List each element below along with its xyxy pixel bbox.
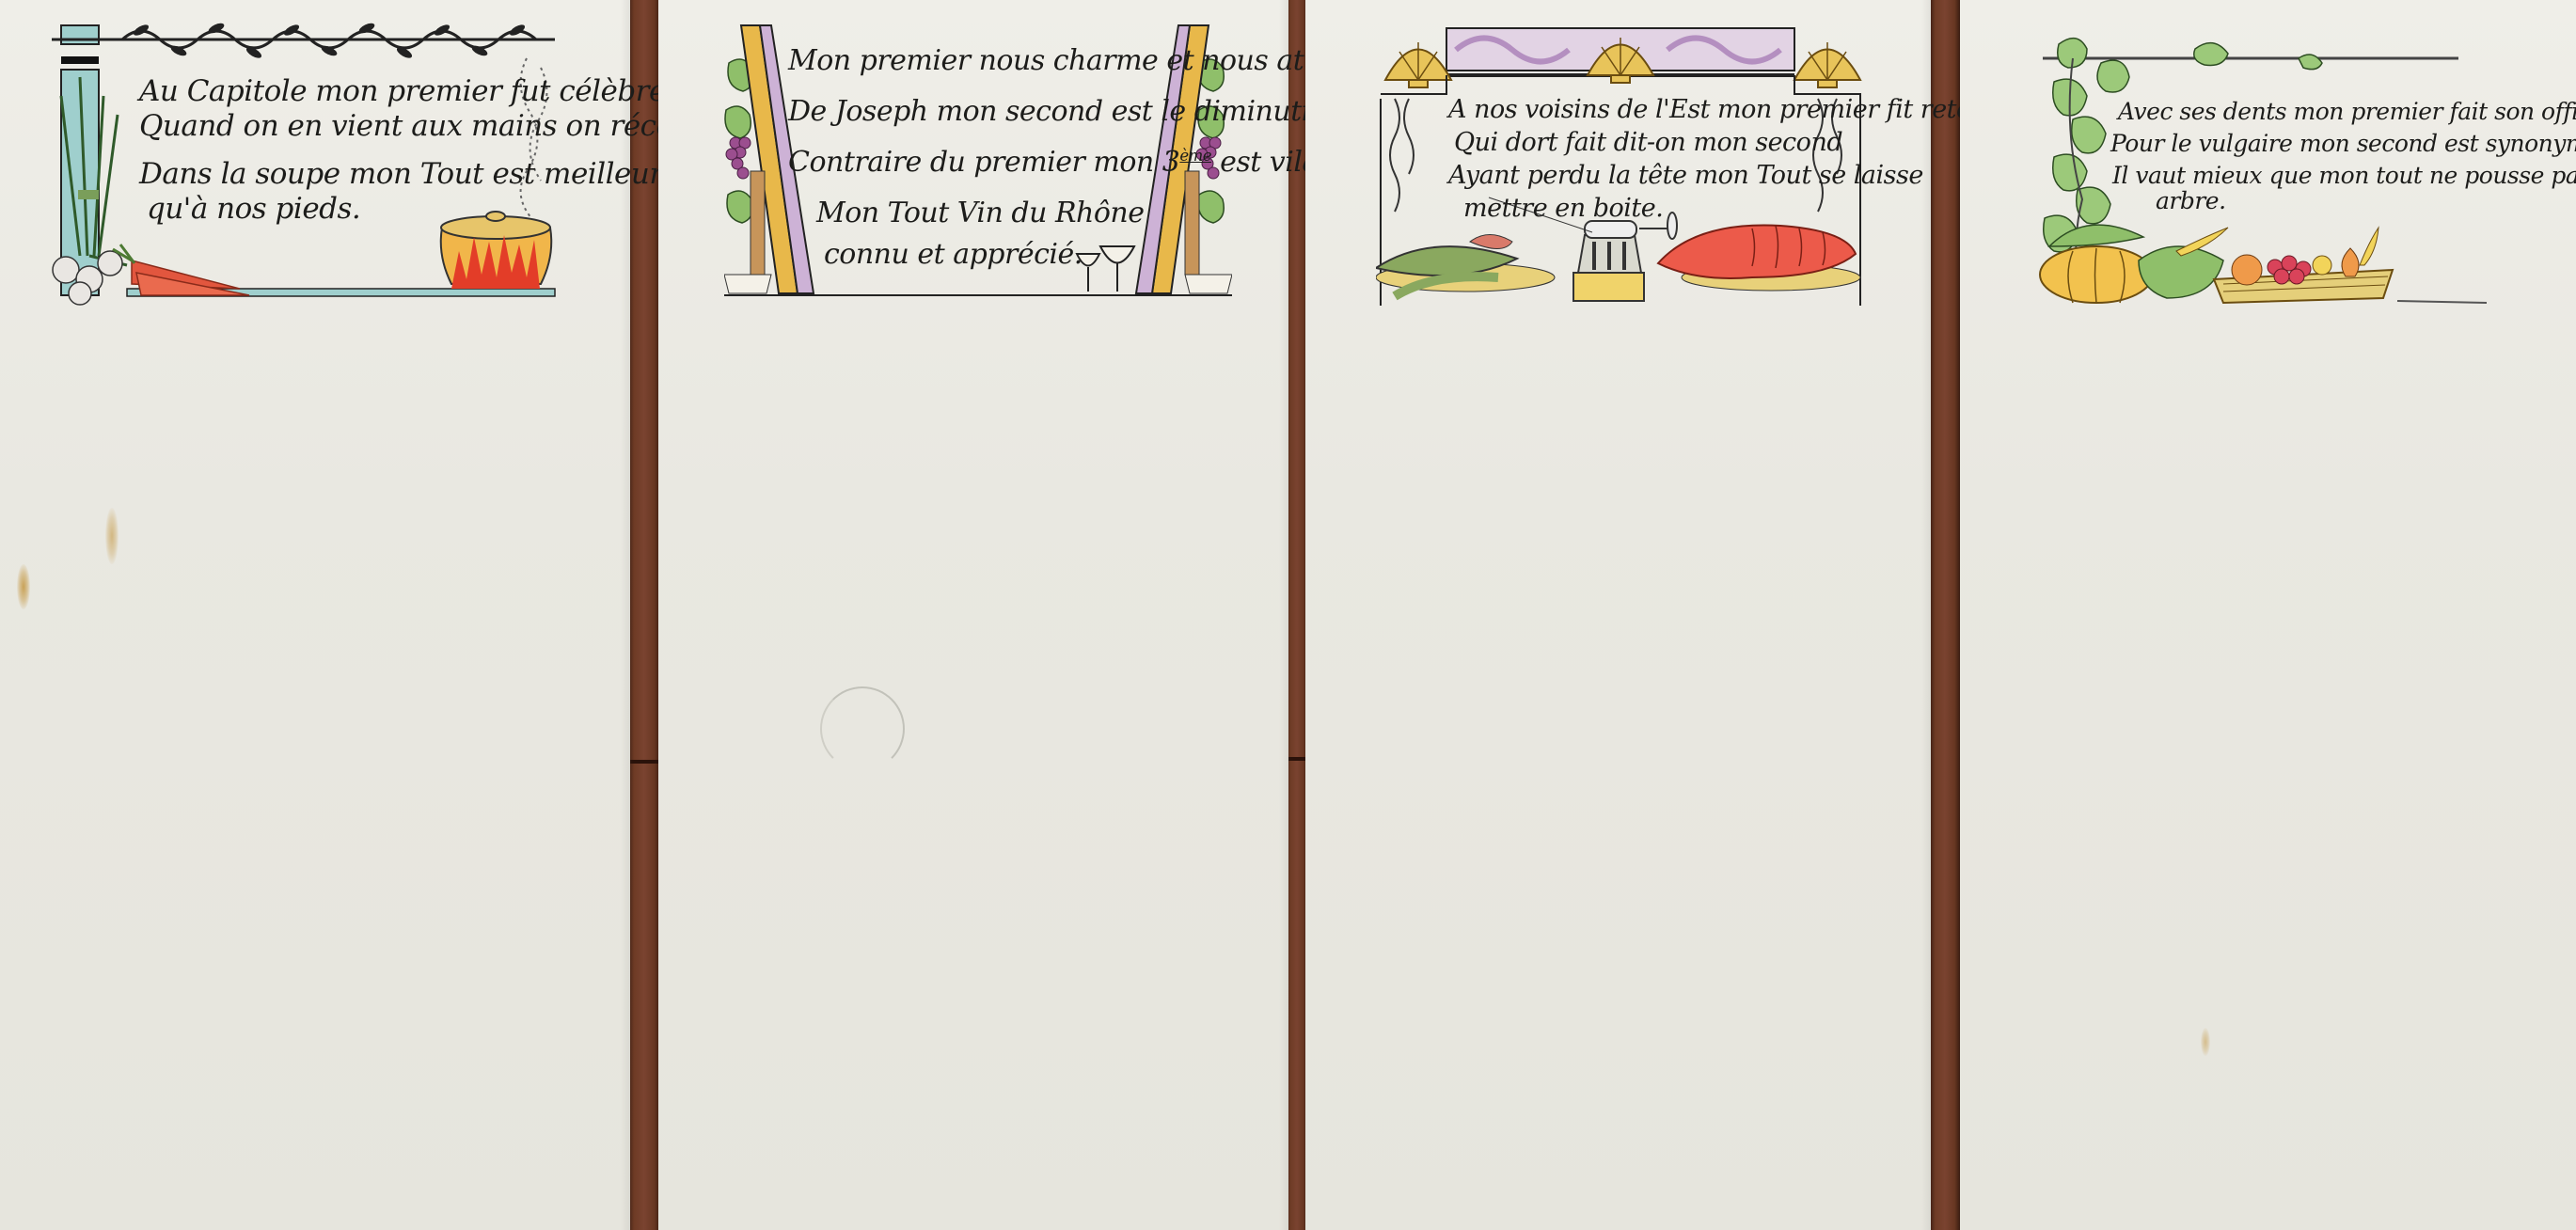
riddle-verse-4: Avec ses dents mon premier fait son offi… (2118, 100, 2576, 213)
verse-line: Ayant perdu la tête mon Tout se laisse (1448, 163, 1999, 188)
verse-line: Il vaut mieux que mon tout ne pousse pas… (2112, 164, 2576, 187)
verse-line: connu et apprécié. (788, 241, 1352, 269)
verse-line: Pour le vulgaire mon second est synonyme… (2110, 132, 2576, 155)
menu-card-1: Au Capitole mon premier fut célèbre. Qua… (0, 0, 630, 1230)
verse-line: A nos voisins de l'Est mon premier fit r… (1448, 97, 1999, 122)
paper-dent (820, 686, 905, 771)
menu-card-3: A nos voisins de l'Est mon premier fit r… (1305, 0, 1931, 1230)
verse-line: mettre en boite. (1448, 196, 1999, 221)
verse-line: arbre. (2118, 189, 2576, 213)
verse-line: De Joseph mon second est le diminutif (788, 98, 1352, 126)
paper-stain (105, 508, 119, 564)
verse-line: Mon Tout Vin du Rhône (788, 199, 1352, 228)
riddle-verse-3: A nos voisins de l'Est mon premier fit r… (1448, 97, 1999, 221)
verse-line: Qui dort fait dit-on mon second (1448, 130, 1999, 155)
verse-line: Avec ses dents mon premier fait son offi… (2118, 100, 2576, 123)
paper-stain (2201, 1028, 2210, 1056)
riddle-verse-2: Mon premier nous charme et nous attire D… (788, 47, 1352, 269)
menu-card-2: Mon premier nous charme et nous attire D… (658, 0, 1288, 1230)
paper-stain (17, 564, 30, 609)
menu-card-4: Avec ses dents mon premier fait son offi… (1960, 0, 2576, 1230)
verse-line: Contraire du premier mon 3ème est vilain (788, 149, 1352, 177)
verse-line: Mon premier nous charme et nous attire (788, 47, 1352, 75)
